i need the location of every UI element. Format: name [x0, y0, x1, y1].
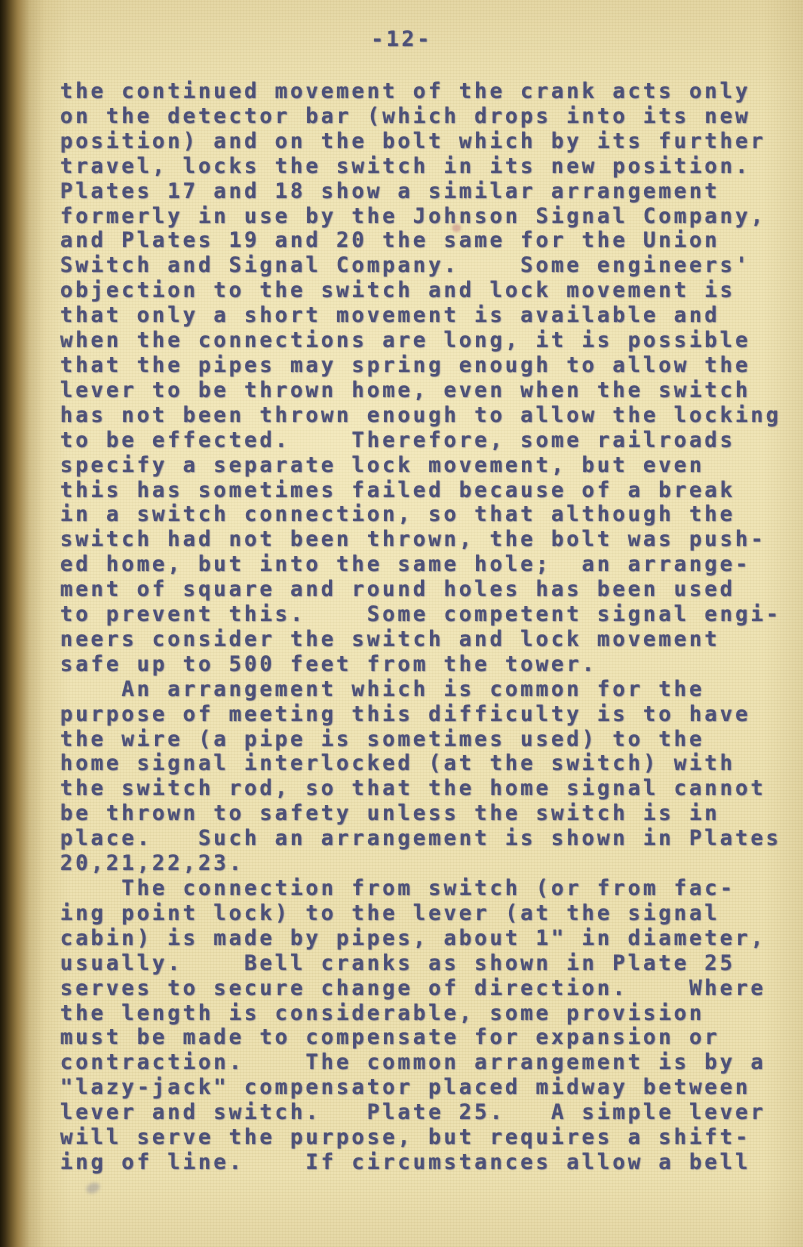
paper-speck [452, 224, 461, 232]
document-page: -12- the continued movement of the crank… [0, 0, 803, 1247]
page-number: -12- [0, 27, 803, 51]
ink-smudge [85, 1181, 102, 1196]
body-text: the continued movement of the crank acts… [60, 79, 790, 1175]
